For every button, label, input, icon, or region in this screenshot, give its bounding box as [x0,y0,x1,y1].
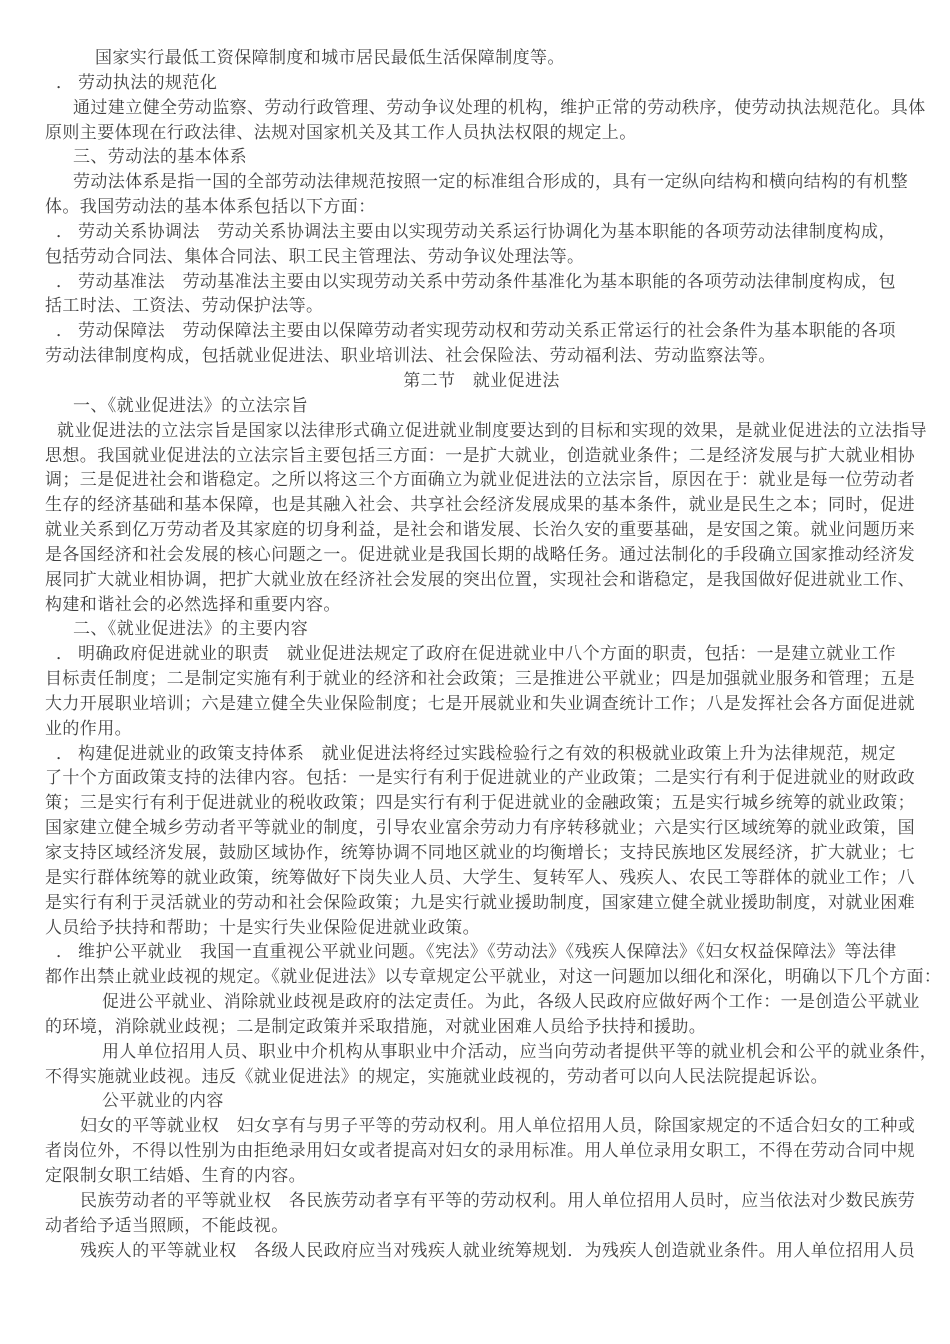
text-line: ． 劳动保障法 劳动保障法主要由以保障劳动者实现劳动权和劳动关系正常运行的社会条… [45,319,940,344]
text-line: 包括劳动合同法、集体合同法、职工民主管理法、劳动争议处理法等。 [45,245,940,270]
text-line: 就业促进法的立法宗旨是国家以法律形式确立促进就业制度要达到的目标和实现的效果，是… [45,419,940,444]
text-line: 调；三是促进社会和谐稳定。之所以将这三个方面确立为就业促进法的立法宗旨，原因在于… [45,468,940,493]
text-line: 括工时法、工资法、劳动保护法等。 [45,294,940,319]
text-line: 用人单位招用人员、职业中介机构从事职业中介活动，应当向劳动者提供平等的就业机会和… [45,1040,940,1065]
text-line: 劳动法体系是指一国的全部劳动法律规范按照一定的标准组合形成的，具有一定纵向结构和… [45,170,940,195]
text-line: 策；三是实行有利于促进就业的税收政策；四是实行有利于促进就业的金融政策；五是实行… [45,791,940,816]
text-line: 残疾人的平等就业权 各级人民政府应当对残疾人就业统筹规划．为残疾人创造就业条件。… [45,1239,940,1264]
text-line: 家支持区域经济发展，鼓励区域协作，统筹协调不同地区就业的均衡增长；支持民族地区发… [45,841,940,866]
text-line: 业的作用。 [45,717,940,742]
text-line: 人员给予扶持和帮助；十是实行失业保险促进就业政策。 [45,916,940,941]
text-line: 生存的经济基础和基本保障，也是其融入社会、共享社会经济发展成果的基本条件，就业是… [45,493,940,518]
text-line: 动者给予适当照顾，不能歧视。 [45,1214,940,1239]
text-line: 一、《就业促进法》的立法宗旨 [45,394,940,419]
text-line: ． 维护公平就业 我国一直重视公平就业问题。《宪法》《劳动法》《残疾人保障法》《… [45,940,940,965]
text-line: 是各国经济和社会发展的核心问题之一。促进就业是我国长期的战略任务。通过法制化的手… [45,543,940,568]
text-line: ． 劳动执法的规范化 [45,71,940,96]
text-line: 的环境，消除就业歧视；二是制定政策并采取措施，对就业困难人员给予扶持和援助。 [45,1015,940,1040]
text-line: 国家实行最低工资保障制度和城市居民最低生活保障制度等。 [45,46,940,71]
text-line: 就业关系到亿万劳动者及其家庭的切身利益，是社会和谐发展、长治久安的重要基础，是安… [45,518,940,543]
text-line: ． 明确政府促进就业的职责 就业促进法规定了政府在促进就业中八个方面的职责，包括… [45,642,940,667]
text-line: 都作出禁止就业歧视的规定。《就业促进法》以专章规定公平就业，对这一问题加以细化和… [45,965,940,990]
text-line: 者岗位外，不得以性别为由拒绝录用妇女或者提高对妇女的录用标准。用人单位录用女职工… [45,1139,940,1164]
text-line: 二、《就业促进法》的主要内容 [45,617,940,642]
text-line: 了十个方面政策支持的法律内容。包括：一是实行有利于促进就业的产业政策；二是实行有… [45,766,940,791]
text-line: 劳动法律制度构成，包括就业促进法、职业培训法、社会保险法、劳动福利法、劳动监察法… [45,344,940,369]
text-line: ． 构建促进就业的政策支持体系 就业促进法将经过实践检验行之有效的积极就业政策上… [45,742,940,767]
text-line: 国家建立健全城乡劳动者平等就业的制度，引导农业富余劳动力有序转移就业；六是实行区… [45,816,940,841]
text-line: 三、劳动法的基本体系 [45,145,940,170]
text-line: 通过建立健全劳动监察、劳动行政管理、劳动争议处理的机构，维护正常的劳动秩序，使劳… [45,96,940,121]
text-line: 大力开展职业培训；六是建立健全失业保险制度；七是开展就业和失业调查统计工作；八是… [45,692,940,717]
text-line: 促进公平就业、消除就业歧视是政府的法定责任。为此，各级人民政府应做好两个工作：一… [45,990,940,1015]
section-heading: 第二节 就业促进法 [45,369,940,394]
text-line: 是实行群体统筹的就业政策，统筹做好下岗失业人员、大学生、复转军人、残疾人、农民工… [45,866,940,891]
text-line: 民族劳动者的平等就业权 各民族劳动者享有平等的劳动权利。用人单位招用人员时，应当… [45,1189,940,1214]
text-line: 不得实施就业歧视。违反《就业促进法》的规定，实施就业歧视的，劳动者可以向人民法院… [45,1065,940,1090]
text-line: 目标责任制度；二是制定实施有利于就业的经济和社会政策；三是推进公平就业；四是加强… [45,667,940,692]
text-line: 原则主要体现在行政法律、法规对国家机关及其工作人员执法权限的规定上。 [45,121,940,146]
text-line: 体。我国劳动法的基本体系包括以下方面： [45,195,940,220]
text-line: ． 劳动基准法 劳动基准法主要由以实现劳动关系中劳动条件基准化为基本职能的各项劳… [45,270,940,295]
text-line: 是实行有利于灵活就业的劳动和社会保险政策；九是实行就业援助制度，国家建立健全就业… [45,891,940,916]
document-page: 国家实行最低工资保障制度和城市居民最低生活保障制度等。． 劳动执法的规范化通过建… [0,0,950,1344]
text-line: 思想。我国就业促进法的立法宗旨主要包括三方面：一是扩大就业，创造就业条件；二是经… [45,444,940,469]
text-line: ． 劳动关系协调法 劳动关系协调法主要由以实现劳动关系运行协调化为基本职能的各项… [45,220,940,245]
text-line: 定限制女职工结婚、生育的内容。 [45,1164,940,1189]
text-line: 公平就业的内容 [45,1089,940,1114]
text-line: 展同扩大就业相协调，把扩大就业放在经济社会发展的突出位置，实现社会和谐稳定，是我… [45,568,940,593]
text-line: 妇女的平等就业权 妇女享有与男子平等的劳动权利。用人单位招用人员，除国家规定的不… [45,1114,940,1139]
text-line: 构建和谐社会的必然选择和重要内容。 [45,593,940,618]
